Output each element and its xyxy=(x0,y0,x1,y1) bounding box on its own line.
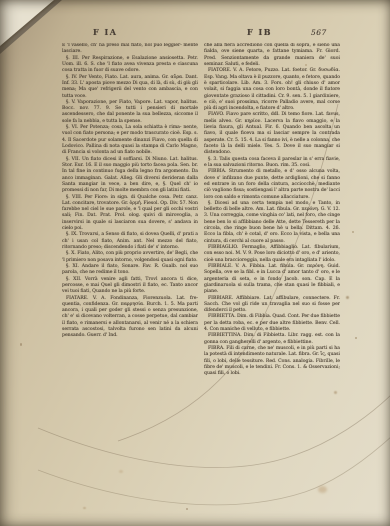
dictionary-paragraph: FIBBIETTA. Dim. di Fibbia. Quad. Cont. P… xyxy=(204,314,340,333)
foxing-spot xyxy=(186,508,188,510)
dictionary-paragraph: che alla fiera accrediono con quella di … xyxy=(204,43,340,68)
dictionary-paragraph: §. IV. Per Vento, Fiato. Lat. aura, anim… xyxy=(62,75,198,100)
foxing-spot xyxy=(20,343,22,346)
dictionary-paragraph: §. III. Per Respirazione, e Esalazione a… xyxy=(62,56,198,75)
running-head-right: F IB xyxy=(247,27,272,37)
foxing-spot xyxy=(83,507,86,509)
dictionary-paragraph: §. X. Fiato, Alito, con più proprio avve… xyxy=(62,251,198,264)
dictionary-paragraph: §. VI. Per Potenza; cosa, La sola schiat… xyxy=(62,125,198,157)
dictionary-paragraph: FIBBIA. Strumento di metallo, e d' osso … xyxy=(204,169,340,201)
foxing-spot xyxy=(318,486,327,493)
dictionary-paragraph: §. IX. Trovarsi, a Senso di fiato, si do… xyxy=(62,232,198,251)
dictionary-paragraph: §. VII. Un fiato dicesi il soffiarsi. Di… xyxy=(62,157,198,195)
page-number: 567 xyxy=(311,28,327,37)
text-column-right: che alla fiera accrediono con quella di … xyxy=(204,43,340,429)
dictionary-paragraph: FIBBIARE. Affibbiare. Lat. affibulare, c… xyxy=(204,296,340,315)
foxing-spot xyxy=(119,470,123,473)
dictionary-paragraph: §. XII. Vorrà venire agli fatti, Trovl a… xyxy=(62,277,198,296)
dictionary-paragraph: §. XI. Andare il fiato, Sonare. Fav. R. … xyxy=(62,264,198,277)
dictionary-paragraph: §. 3. Talis questa cosa faceva il paresl… xyxy=(204,157,340,170)
scanned-book-page: F IA F IB 567 E 'l vasello, ch' ha preso… xyxy=(0,0,390,526)
foxing-spot xyxy=(355,337,357,339)
text-column-left: E 'l vasello, ch' ha preso mal fiato, no… xyxy=(62,43,198,429)
running-head-left: F IA xyxy=(93,27,117,37)
foxing-spot xyxy=(352,231,354,233)
dictionary-paragraph: FIATARE. V. A. Fondinanza, Fiorenzuola. … xyxy=(62,296,198,340)
dictionary-paragraph: FIBBIAGLIO. Fermaglio, Affibbiaglio. Lat… xyxy=(204,245,340,264)
dictionary-paragraph: FIATORE. V. A. Fetore, Puzzo. Lat. foeto… xyxy=(204,68,340,112)
dictionary-paragraph: E 'l vasello, ch' ha preso mal fiato, no… xyxy=(62,43,198,56)
dictionary-paragraph: FIBRA. Fili di carne, che ne' muscoli, e… xyxy=(204,346,340,378)
page-corner-fold xyxy=(0,0,54,46)
foxing-spot xyxy=(346,296,349,299)
running-header-row: F IA F IB 567 xyxy=(0,27,390,39)
dictionary-paragraph: §. VIII. Per Fiore: in sign. di Qualche … xyxy=(62,195,198,233)
dictionary-paragraph: FIBBIETTINA. Dim. di Fibbietta. Libr. ra… xyxy=(204,333,340,346)
dictionary-paragraph: §. Dicesi ad una certa tempia nel modo, … xyxy=(204,201,340,245)
dictionary-paragraph: §. V. Vaporazione, per Fiato, Vapore. La… xyxy=(62,100,198,125)
dictionary-paragraph: FIAVO. Fiavo pare scritto, ddl. Di temo … xyxy=(204,112,340,156)
dictionary-paragraph: FIBBIALE. V. A. Fibbia. Lat. fibula. Gr.… xyxy=(204,264,340,296)
